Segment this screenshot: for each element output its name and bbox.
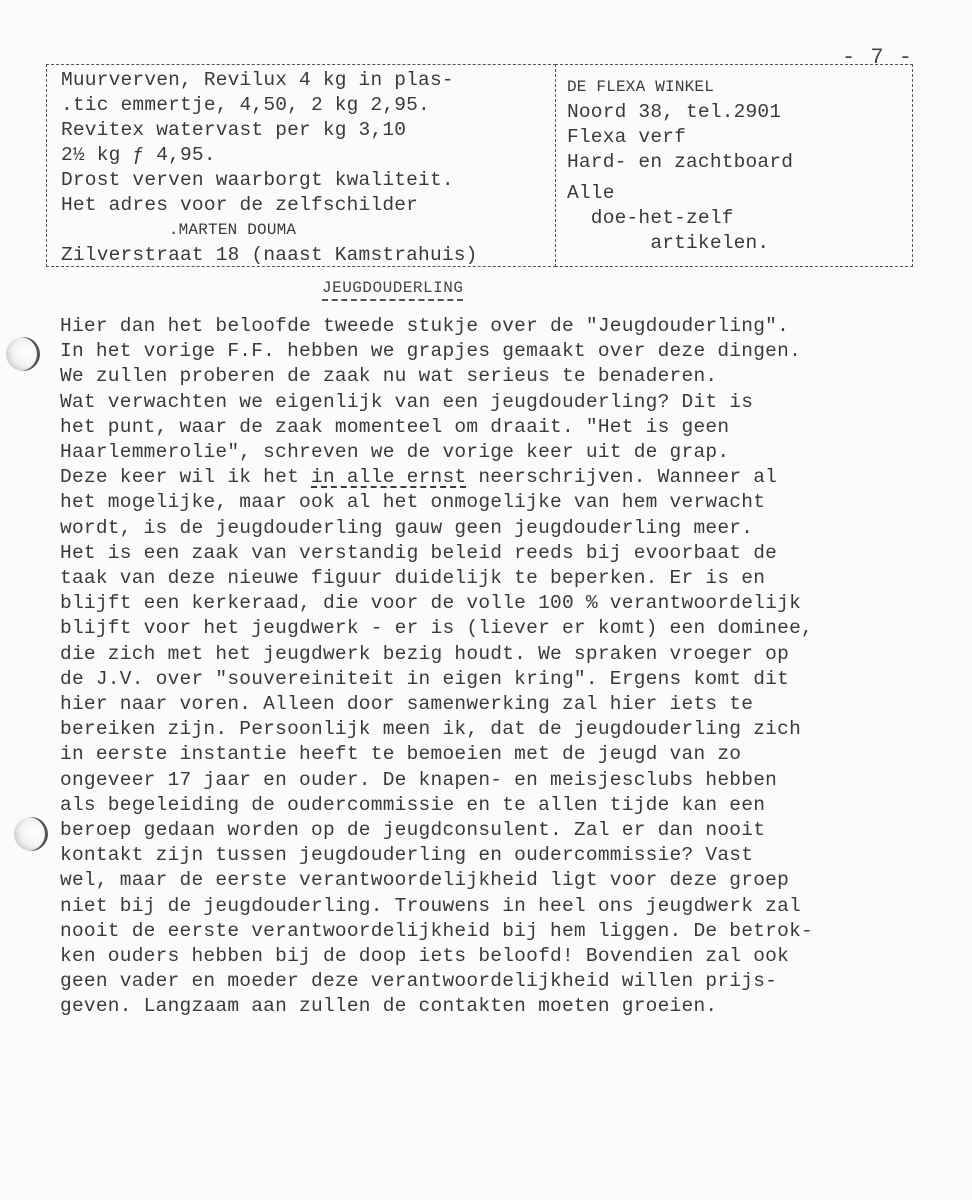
emphasis-underline: in alle ernst [311,466,466,488]
body-text-segment: neerschrijven. Wanneer al [466,466,777,488]
body-line: ongeveer 17 jaar en ouder. De knapen- en… [60,768,960,793]
ad-line: Muurverven, Revilux 4 kg in plas- [61,68,555,93]
punch-hole [6,337,40,371]
ad-line: doe-het-zelf [567,206,912,231]
body-line: in eerste instantie heeft te bemoeien me… [60,742,960,767]
body-line: hier naar voren. Alleen door samenwerkin… [60,692,960,717]
body-line: kontakt zijn tussen jeugdouderling en ou… [60,843,960,868]
body-line: We zullen proberen de zaak nu wat serieu… [60,364,960,389]
body-line: blijft een kerkeraad, die voor de volle … [60,591,960,616]
ad-flexa-winkel: DE FLEXA WINKEL Noord 38, tel.2901 Flexa… [555,64,913,267]
body-line: Hier dan het beloofde tweede stukje over… [60,314,960,339]
ad-marten-douma: Muurverven, Revilux 4 kg in plas- .tic e… [46,64,556,267]
ad-address: Noord 38, tel.2901 [567,100,912,125]
ad-line: Het adres voor de zelfschilder [61,193,555,218]
body-line: bereiken zijn. Persoonlijk meen ik, dat … [60,717,960,742]
body-line: nooit de eerste verantwoordelijkheid bij… [60,919,960,944]
ad-address: Zilverstraat 18 (naast Kamstrahuis) [61,243,555,268]
ad-line: 2½ kg ƒ 4,95. [61,143,555,168]
body-line: blijft voor het jeugdwerk - er is (lieve… [60,616,960,641]
body-line: Wat verwachten we eigenlijk van een jeug… [60,390,960,415]
body-line: wel, maar de eerste verantwoordelijkheid… [60,868,960,893]
ad-line: Alle [567,181,912,206]
body-text-segment: Deze keer wil ik het [60,466,311,488]
ad-line: artikelen. [567,231,912,256]
ad-line: .tic emmertje, 4,50, 2 kg 2,95. [61,93,555,118]
body-line: Het is een zaak van verstandig beleid re… [60,541,960,566]
body-line: het punt, waar de zaak momenteel om draa… [60,415,960,440]
body-line: de J.V. over "souvereiniteit in eigen kr… [60,667,960,692]
ad-line: Hard- en zachtboard [567,150,912,175]
article-body: Hier dan het beloofde tweede stukje over… [60,314,960,1020]
body-line: geen vader en moeder deze verantwoordeli… [60,969,960,994]
ad-line: Revitex watervast per kg 3,10 [61,118,555,143]
body-line: die zich met het jeugdwerk bezig houdt. … [60,642,960,667]
body-line: als begeleiding de oudercommissie en te … [60,793,960,818]
article-title: JEUGDOUDERLING [322,279,463,301]
body-line: het mogelijke, maar ook al het onmogelij… [60,490,960,515]
body-line: taak van deze nieuwe figuur duidelijk te… [60,566,960,591]
ad-line: Drost verven waarborgt kwaliteit. [61,168,555,193]
ad-shop-name: .MARTEN DOUMA [61,218,555,243]
ad-line: Flexa verf [567,125,912,150]
ad-shop-name: DE FLEXA WINKEL [567,75,912,100]
body-line: geven. Langzaam aan zullen de contakten … [60,994,960,1019]
body-line: In het vorige F.F. hebben we grapjes gem… [60,339,960,364]
punch-hole [14,817,48,851]
body-line: ken ouders hebben bij de doop iets beloo… [60,944,960,969]
body-line: niet bij de jeugdouderling. Trouwens in … [60,894,960,919]
body-line: Deze keer wil ik het in alle ernst neers… [60,465,960,490]
body-line: beroep gedaan worden op de jeugdconsulen… [60,818,960,843]
body-line: wordt, is de jeugdouderling gauw geen je… [60,516,960,541]
body-line: Haarlemmerolie", schreven we de vorige k… [60,440,960,465]
